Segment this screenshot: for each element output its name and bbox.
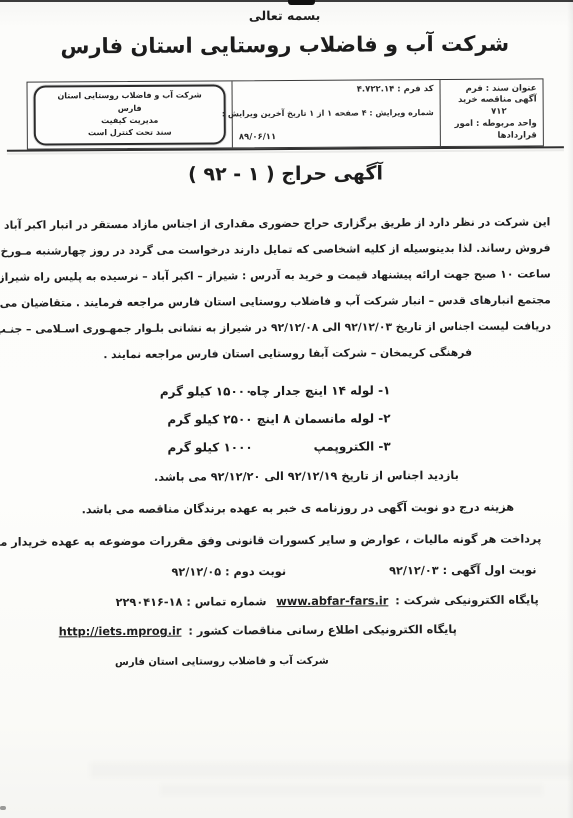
form-code-cell: کد فرم : ۴.۷۲۲.۱۴ شماره ویرایش : ۴ صفحه …: [231, 80, 439, 147]
scanned-document-page: بسمه تعالی شرکت آب و فاضلاب روستایی استا…: [0, 0, 573, 818]
item-name: ۳- الکتروپمپ: [253, 439, 391, 454]
doc-number: ۷۱۲: [447, 107, 537, 119]
company-website-label: پایگاه الکترونیکی شرکت :: [395, 593, 538, 607]
tenders-website-label: پایگاه الکترونیکی اطلاع رسانی مناقصات کش…: [188, 623, 457, 638]
company-website-line: پایگاه الکترونیکی شرکت : www.abfar-fars.…: [116, 593, 542, 609]
second-publication: نوبت دوم : ۹۲/۱۲/۰۵: [171, 565, 289, 579]
tax-duties-line: پرداخت هر گونه مالیات ، عوارض و سایر کسو…: [0, 532, 541, 549]
item-quantity: ۱۵۰۰۰ کیلو گرم: [160, 384, 253, 399]
paragraph-line: مجتمع انبارهای قدس – انبار شرکت آب و فاض…: [24, 287, 551, 316]
publication-cost-line: هزینه درج دو نوبت آگهی در روزنامه ی خبر …: [82, 501, 515, 517]
doc-title-cell: عنوان سند : فرم آگهی مناقصه خرید ۷۱۲ واح…: [439, 79, 542, 146]
form-revision-line: شماره ویرایش : ۴ صفحه ۱ از ۱ تاریخ آخرین…: [239, 108, 434, 120]
item-name: ۱- لوله ۱۴ اینچ جدار چاه: [252, 383, 390, 398]
company-title: شرکت آب و فاضلاب روستایی استان فارس: [0, 31, 571, 58]
paragraph-line: دریافت لیست اجناس از تاریخ ۹۲/۱۲/۰۳ الی …: [24, 313, 551, 342]
first-publication: نوبت اول آگهی : ۹۲/۱۲/۰۳: [389, 563, 540, 577]
auction-item-row: ۳- الکتروپمپ ۱۰۰۰ کیلو گرم: [167, 439, 390, 454]
second-publication-label: نوبت دوم :: [225, 565, 286, 578]
quality-stamp-cell: شرکت آب و فاضلاب روستایی استان فارس مدیر…: [28, 81, 232, 148]
second-publication-date: ۹۲/۱۲/۰۵: [171, 565, 221, 578]
bismillah-text: بسمه تعالی: [0, 6, 571, 24]
paragraph-line: این شرکت در نظر دارد از طریق برگزاری حرا…: [23, 209, 550, 238]
quality-control-stamp: شرکت آب و فاضلاب روستایی استان فارس مدیر…: [34, 85, 226, 146]
tenders-website-line: پایگاه الکترونیکی اطلاع رسانی مناقصات کش…: [56, 623, 460, 638]
stamp-line-2: مدیریت کیفیت: [46, 114, 214, 127]
stamp-line-3: سند تحت کنترل است: [46, 127, 214, 140]
first-publication-date: ۹۲/۱۲/۰۳: [389, 564, 439, 577]
visit-dates-line: بازدید اجناس از تاریخ ۹۲/۱۲/۱۹ الی ۹۲/۱۲…: [154, 469, 459, 484]
company-website-url: www.abfar-fars.ir: [276, 594, 388, 608]
doc-unit-line: واحد مربوطه : امور قراردادها: [447, 119, 537, 142]
document-sheet: بسمه تعالی شرکت آب و فاضلاب روستایی استا…: [0, 0, 573, 818]
item-name: ۲- لوله مانسمان ۸ اینچ: [253, 411, 391, 426]
auction-notice-title: آگهی حراج ( ۱ - ۹۲ ): [0, 161, 572, 186]
stamp-line-1: شرکت آب و فاضلاب روستایی استان فارس: [46, 90, 214, 116]
tenders-website-url: http://iets.mprog.ir: [59, 625, 182, 639]
form-revision-date: ۸۹/۰۶/۱۱: [239, 131, 434, 144]
paragraph-line: ساعت ۱۰ صبح جهت ارائه پیشنهاد قیمت و خری…: [24, 261, 551, 290]
paragraph-line: فروش رساند. لذا بدینوسیله از کلیه اشخاصی…: [23, 235, 550, 264]
item-quantity: ۲۵۰۰ کیلو گرم: [167, 412, 252, 427]
footer-signature: شرکت آب و فاضلاب روستایی استان فارس: [115, 656, 329, 668]
doc-title-line: عنوان سند : فرم آگهی مناقصه خرید: [447, 83, 537, 106]
form-code-line: کد فرم : ۴.۷۲۲.۱۴: [239, 84, 434, 97]
phone-number: ۲۲۹۰۴۱۶-۱۸: [116, 596, 183, 609]
paragraph-line: فرهنگی کریمخان – شرکت آبفا روستایی استان…: [24, 339, 551, 368]
item-quantity: ۱۰۰۰ کیلو گرم: [167, 440, 252, 455]
first-publication-label: نوبت اول آگهی :: [443, 563, 537, 577]
body-paragraph: این شرکت در نظر دارد از طریق برگزاری حرا…: [23, 209, 551, 368]
auction-item-row: ۲- لوله مانسمان ۸ اینچ ۲۵۰۰ کیلو گرم: [167, 411, 390, 426]
phone-label: شماره تماس :: [186, 595, 266, 608]
auction-item-row: ۱- لوله ۱۴ اینچ جدار چاه ۱۵۰۰۰ کیلو گرم: [160, 383, 391, 398]
header-form-table: عنوان سند : فرم آگهی مناقصه خرید ۷۱۲ واح…: [26, 78, 543, 149]
